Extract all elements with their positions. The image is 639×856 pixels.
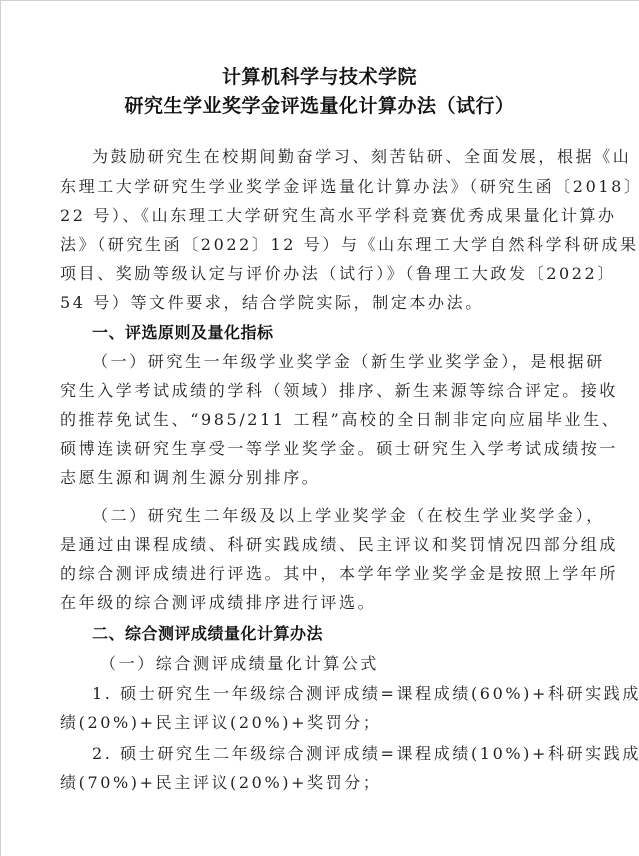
text-line: 东理工大学研究生学业奖学金评选量化计算办法》（研究生函〔2018〕 [60, 177, 605, 197]
text-line: 22 号）、《山东理工大学研究生高水平学科竞赛优秀成果量化计算办 [60, 206, 605, 226]
text-line: 志愿生源和调剂生源分别排序。 [60, 468, 605, 488]
text-line: 在年级的综合测评成绩排序进行评选。 [60, 593, 605, 613]
section-heading-2: 二、综合测评成绩量化计算办法 [92, 624, 323, 644]
text-line: 绩(20%)+民主评议(20%)+奖罚分； [60, 713, 605, 733]
text-line: 硕博连读研究生享受一等学业奖学金。硕士研究生入学考试成绩按一 [60, 439, 605, 459]
text-line: 2. 硕士研究生二年级综合测评成绩=课程成绩(10%)+科研实践成 [92, 744, 605, 764]
text-line: 项目、奖励等级认定与评价办法（试行）》（鲁理工大政发〔2022〕 [60, 264, 605, 284]
text-line: 54 号）等文件要求，结合学院实际，制定本办法。 [60, 293, 605, 313]
text-line: （一）研究生一年级学业奖学金（新生学业奖学金），是根据研 [92, 352, 605, 372]
text-line: 是通过由课程成绩、科研实践成绩、民主评议和奖罚情况四部分组成 [60, 535, 605, 555]
text-line: 1. 硕士研究生一年级综合测评成绩=课程成绩(60%)+科研实践成 [92, 684, 605, 704]
text-line: 究生入学考试成绩的学科（领域）排序、新生来源等综合评定。接收 [60, 381, 605, 401]
document-title-main: 研究生学业奖学金评选量化计算办法（试行） [0, 91, 639, 118]
subsection-heading: （一）综合测评成绩量化计算公式 [100, 654, 613, 674]
section-heading-1: 一、评选原则及量化指标 [92, 323, 274, 343]
text-line: 的推荐免试生、“985/211 工程”高校的全日制非定向应届毕业生、 [60, 410, 605, 430]
document-title-institution: 计算机科学与技术学院 [0, 62, 639, 89]
text-line: 法》（研究生函〔2022〕12 号）与《山东理工大学自然科学科研成果、 [60, 235, 605, 255]
text-line: 的综合测评成绩进行评选。其中，本学年学业奖学金是按照上学年所 [60, 564, 605, 584]
text-line: 为鼓励研究生在校期间勤奋学习、刻苦钻研、全面发展，根据《山 [92, 147, 605, 167]
text-line: （二）研究生二年级及以上学业奖学金（在校生学业奖学金）， [92, 506, 605, 526]
text-line: 绩(70%)+民主评议(20%)+奖罚分； [60, 773, 605, 793]
